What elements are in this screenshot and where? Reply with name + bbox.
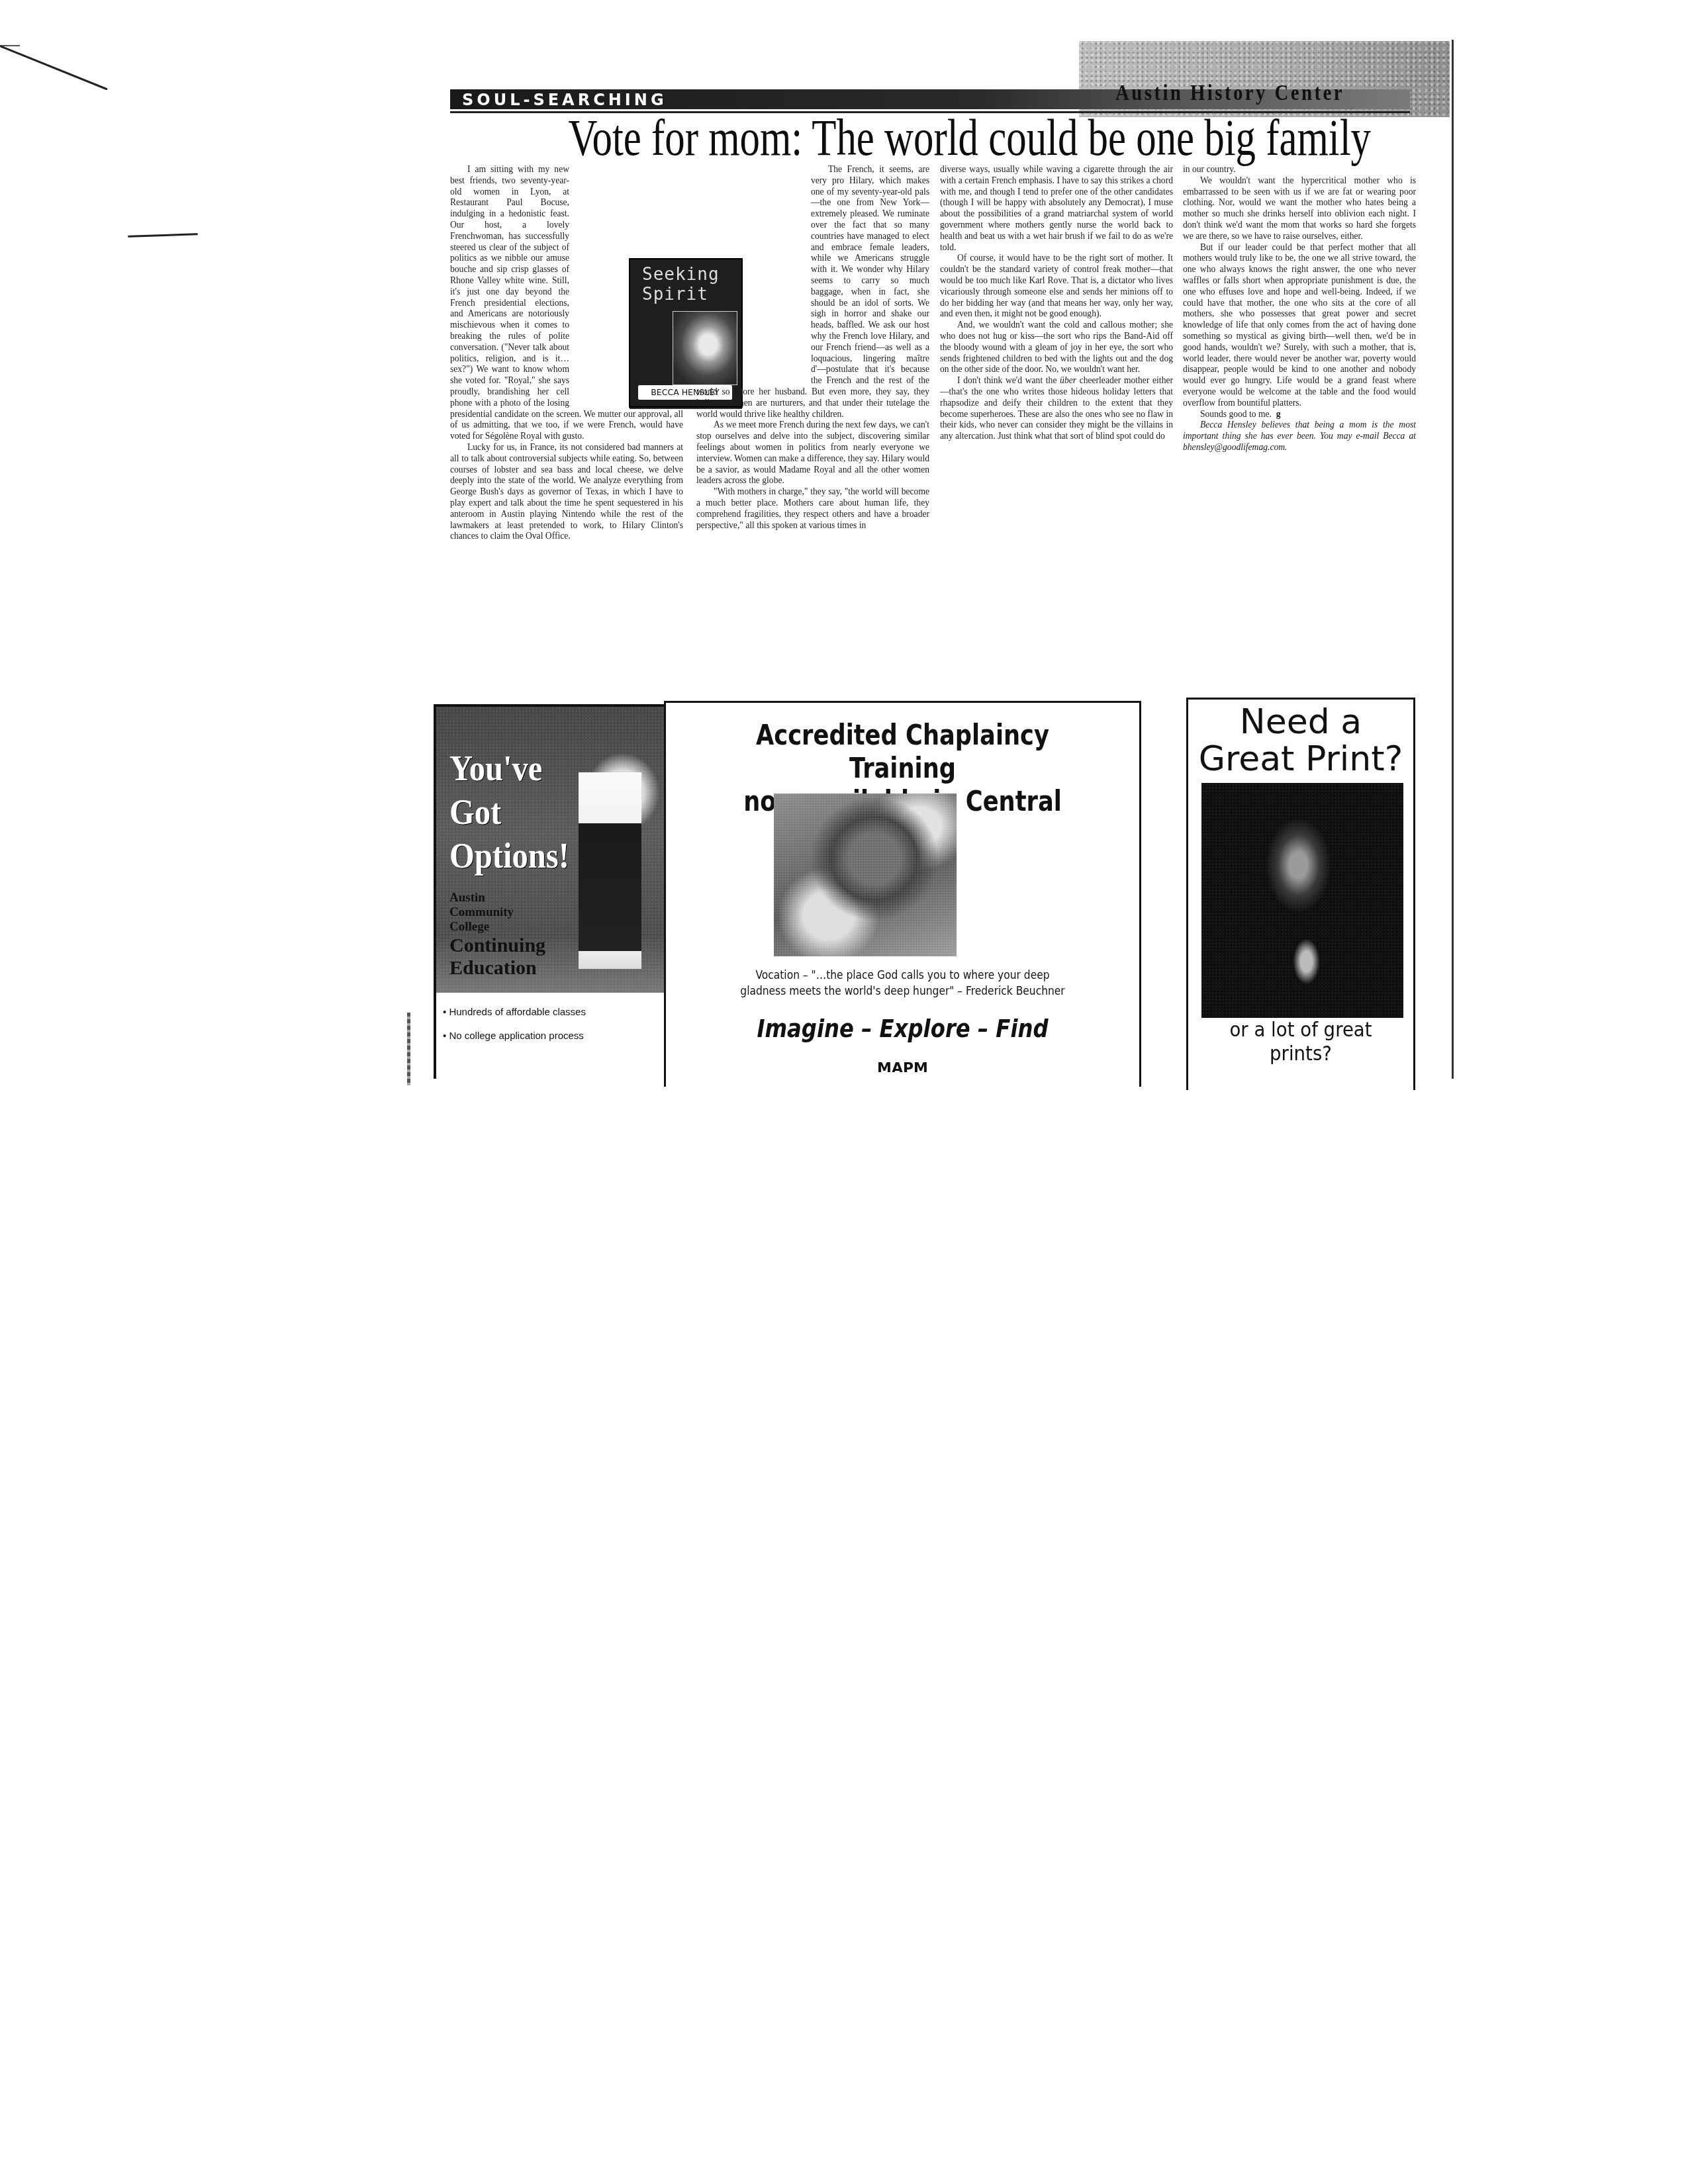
ad-quote: Vocation – "…the place God calls you to … [699,968,1106,999]
ad-org-name: MAPM [666,1060,1139,1072]
article-paragraph: And, we wouldn't want the cold and callo… [940,320,1173,375]
article-paragraph: I don't think we'd want the über cheerle… [940,375,1173,442]
scan-mark [128,233,198,238]
ad-headline: Need a Great Print? [1188,704,1413,778]
article-paragraph: diverse ways, usually while waving a cig… [940,164,1173,253]
ad-photo-portrait [1201,783,1403,1018]
badge-spacer [576,242,690,398]
ad-great-print[interactable]: Need a Great Print? or a lot of great pr… [1186,698,1415,1090]
article-paragraph: As we meet more French during the next f… [696,420,929,486]
scan-mark [407,1013,410,1085]
author-bio: Becca Hensley believes that being a mom … [1183,420,1416,453]
article-paragraph: in our country. [1183,164,1416,175]
article-paragraph: Sounds good to me. g [1183,409,1416,420]
article-paragraph: Lucky for us, in France, its not conside… [450,442,683,542]
archive-stamp: Austin History Center [1115,81,1344,106]
article-paragraph: "With mothers in charge," they say, "the… [696,486,929,531]
scan-mark [0,45,108,90]
jumping-figure [579,727,641,981]
article-column-4: in our country. We wouldn't want the hyp… [1183,164,1416,453]
section-label: SOUL-SEARCHING [462,90,667,110]
article-column-1: I am sitting with my new best friends, t… [450,164,683,542]
article-column-2: The French, it seems, are very pro Hilar… [696,164,929,531]
end-mark-icon: g [1276,409,1281,419]
ad-brand: Austin Community College Continuing Educ… [449,891,545,979]
article-column-3: diverse ways, usually while waving a cig… [940,164,1173,442]
article-paragraph: But if our leader could be that perfect … [1183,242,1416,409]
ad-chaplaincy-training[interactable]: Accredited Chaplaincy Training now avail… [664,701,1141,1087]
ad-bullet: • Hundreds of affordable classes [443,1001,586,1024]
ad-subheadline: or a lot of great prints? [1197,1019,1405,1066]
ad-tagline: Imagine – Explore – Find [702,1014,1104,1043]
ad-photo-cupped-hands [774,794,957,956]
badge-spacer [688,221,804,377]
article-paragraph: We wouldn't want the hypercritical mothe… [1183,175,1416,242]
clipping-edge-rule [1452,40,1454,1079]
ad-austin-community-college[interactable]: You've Got Options! Austin Community Col… [434,704,673,1079]
ad-headline: You've Got Options! [449,747,569,878]
article-paragraph: Of course, it would have to be the right… [940,253,1173,320]
ad-bullet-list: • Hundreds of affordable classes • No co… [443,1001,586,1048]
ad-photo-jumping-woman: You've Got Options! Austin Community Col… [436,704,669,993]
headline: Vote for mom: The world could be one big… [568,111,1311,164]
ad-bullet: • No college application process [443,1024,586,1048]
